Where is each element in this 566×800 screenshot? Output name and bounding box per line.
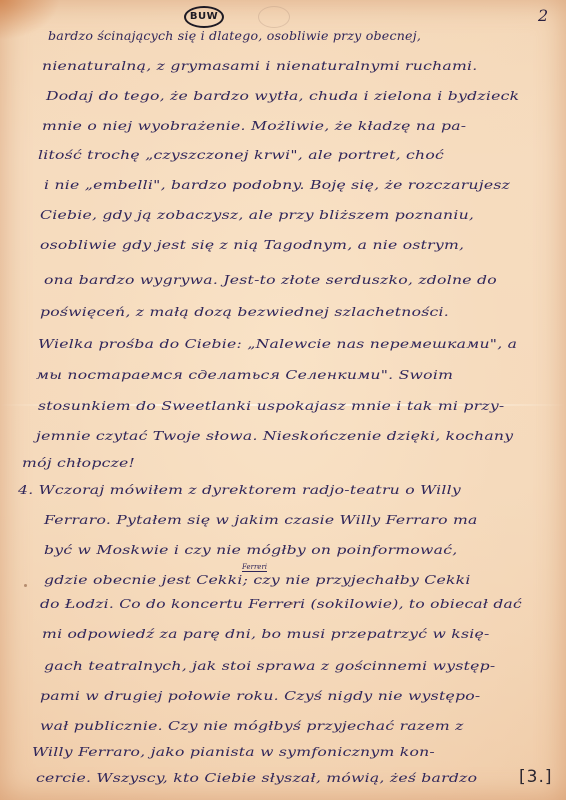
handwritten-text: bardzo ścinających się i dlatego, osobli… (0, 0, 566, 800)
text-line: być w Moskwie i czy nie mógłby on poinfo… (44, 542, 457, 557)
text-line: nienaturalną, z grymasami i nienaturalny… (42, 58, 478, 73)
text-line: мы постараемся сделаться Селенкими". Swo… (36, 367, 453, 382)
text-line: wał publicznie. Czy nie mógłbyś przyjech… (40, 718, 464, 733)
text-line: Ciebie, gdy ją zobaczysz, ale przy bliżs… (40, 207, 474, 222)
text-line: 4. Wczoraj mówiłem z dyrektorem radjo-te… (18, 482, 461, 497)
text-line: gdzie obecnie jest Cekki; czy nie przyje… (44, 572, 471, 587)
text-line: mi odpowiedź za parę dni, bo musi przepa… (42, 626, 490, 641)
letter-page: BUW 2 bardzo ścinających się i dlatego, … (0, 0, 566, 800)
text-line: osobliwie gdy jest się z nią Tagodnym, a… (40, 237, 464, 252)
text-line: stosunkiem do Sweetlanki uspokajasz mnie… (38, 398, 504, 413)
text-line: gach teatralnych, jak stoi sprawa z gośc… (44, 658, 495, 673)
text-line: mój chłopcze! (22, 455, 135, 470)
text-line: cercie. Wszyscy, kto Ciebie słyszał, mów… (36, 770, 477, 785)
text-line: Wielka prośba do Ciebie: „Nalewcie nas п… (38, 336, 517, 351)
text-line: jemnie czytać Twoje słowa. Nieskończenie… (36, 428, 513, 443)
text-line: poświęceń, z małą dozą bezwiednej szlach… (40, 304, 449, 319)
handwritten-insertion: Ferreri (242, 563, 267, 572)
text-line: bardzo ścinających się i dlatego, osobli… (48, 28, 522, 43)
paper-spot (290, 602, 293, 605)
paper-spot (24, 584, 27, 587)
text-line: pami w drugiej połowie roku. Czyś nigdy … (40, 688, 480, 703)
text-line: ona bardzo wygrywa. Jest-to złote serdus… (44, 272, 497, 287)
text-line: mnie o niej wyobrażenie. Możliwie, że kł… (42, 118, 466, 133)
text-line: do Łodzi. Co do koncertu Ferreri (sokilo… (40, 596, 522, 611)
text-line: Willy Ferraro, jako pianista w symfonicz… (32, 744, 435, 759)
text-line: Dodaj do tego, że bardzo wytła, chuda i … (46, 88, 519, 103)
text-line: Ferraro. Pytałem się w jakim czasie Will… (44, 512, 478, 527)
text-line: litość trochę „czyszczonej krwi", ale po… (38, 147, 444, 162)
archive-page-reference: [3.] (519, 767, 552, 787)
text-line: i nie „embelli", bardzo podobny. Boję si… (44, 177, 510, 192)
